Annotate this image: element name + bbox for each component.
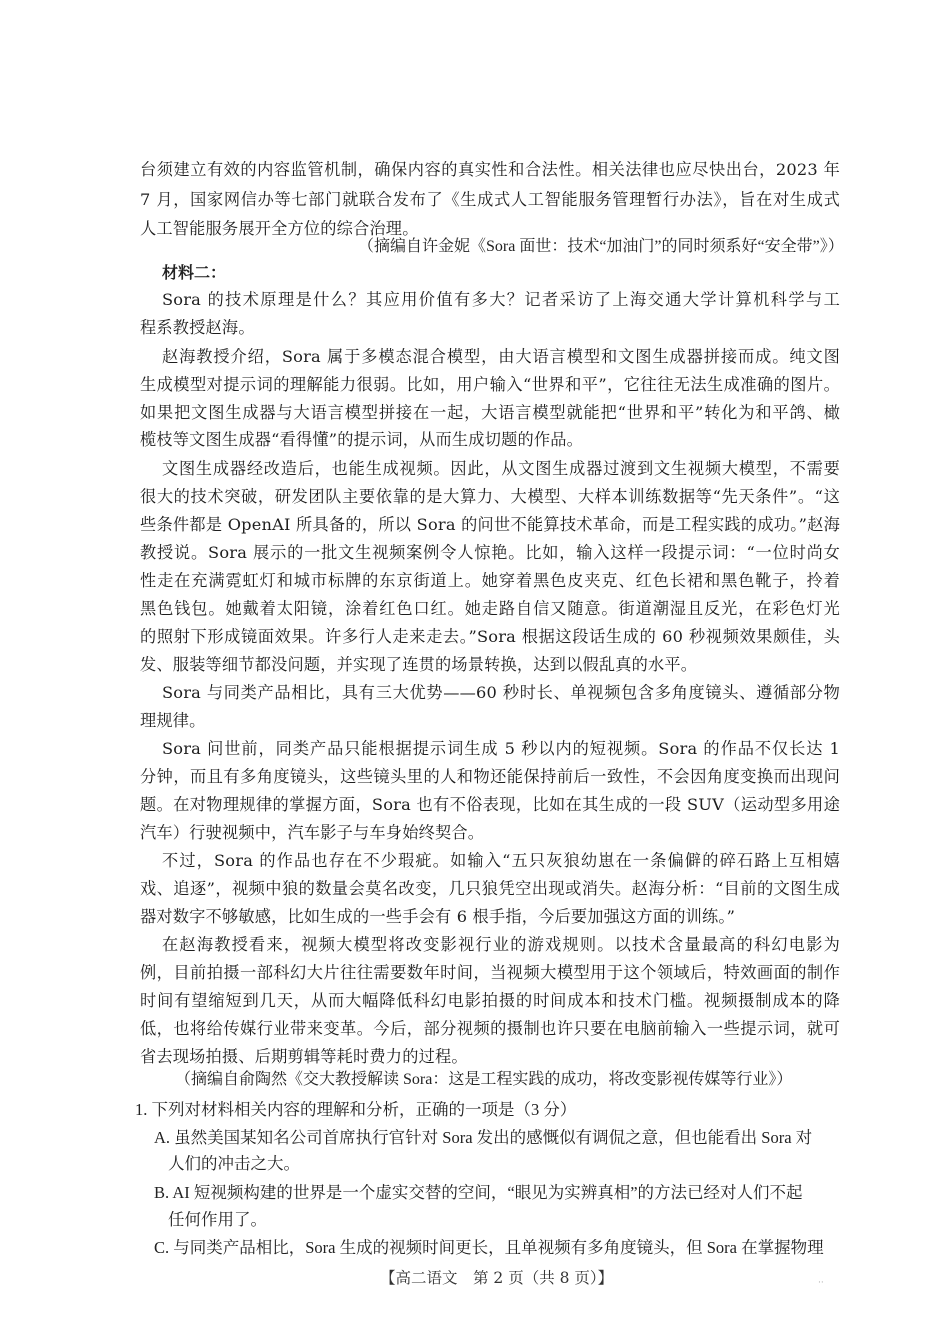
material1-line: 人工智能服务展开全方位的综合治理。	[140, 219, 840, 239]
paragraph-line: 器对数字不够敏感，比如生成的一些手会有 6 根手指，今后要加强这方面的训练。”	[140, 907, 840, 927]
page-footer: 【高二语文 第 2 页（共 8 页）】	[380, 1268, 613, 1288]
option-c-line: C. 与同类产品相比，Sora 生成的视频时间更长，且单视频有多角度镜头，但 S…	[154, 1238, 824, 1258]
paragraph-line: 省去现场拍摄、后期剪辑等耗时费力的过程。	[140, 1047, 840, 1067]
paragraph-line: 教授说。Sora 展示的一批文生视频案例令人惊艳。比如，输入这样一段提示词：“一…	[140, 543, 840, 563]
paragraph-line: 时间有望缩短到几天，从而大幅降低科幻电影拍摄的时间成本和技术门槛。视频摄制成本的…	[140, 991, 840, 1011]
paragraph-line: 生成模型对提示词的理解能力很弱。比如，用户输入“世界和平”，它往往无法生成准确的…	[140, 375, 840, 395]
option-b-line: 任何作用了。	[168, 1210, 267, 1230]
paragraph-line: 汽车）行驶视频中，汽车影子与车身始终契合。	[140, 823, 840, 843]
material1-source: （摘编自许金妮《Sora 面世：技术“加油门”的同时须系好“安全带”》）	[358, 237, 844, 257]
option-a-line: 人们的冲击之大。	[168, 1154, 300, 1174]
material1-line: 台须建立有效的内容监管机制，确保内容的真实性和合法性。相关法律也应尽快出台，20…	[140, 160, 840, 180]
paragraph-line: 不过，Sora 的作品也存在不少瑕疵。如输入“五只灰狼幼崽在一条偏僻的碎石路上互…	[162, 851, 840, 871]
paragraph-line: 程系教授赵海。	[140, 318, 840, 338]
question-stem: 1. 下列对材料相关内容的理解和分析，正确的一项是（3 分）	[135, 1100, 576, 1120]
scan-mark: ··	[818, 1278, 824, 1288]
paragraph-line: 题。在对物理规律的掌握方面，Sora 也有不俗表现，比如在其生成的一段 SUV（…	[140, 795, 840, 815]
paragraph-line: 赵海教授介绍，Sora 属于多模态混合模型，由大语言模型和文图生成器拼接而成。纯…	[162, 347, 840, 367]
paragraph-line: Sora 问世前，同类产品只能根据提示词生成 5 秒以内的短视频。Sora 的作…	[162, 739, 840, 759]
paragraph-line: 很大的技术突破，研发团队主要依靠的是大算力、大模型、大样本训练数据等“先天条件”…	[140, 487, 840, 507]
paragraph-line: Sora 与同类产品相比，具有三大优势——60 秒时长、单视频包含多角度镜头、遵…	[162, 683, 840, 703]
paragraph-line: 分钟，而且有多角度镜头，这些镜头里的人和物还能保持前后一致性，不会因角度变换而出…	[140, 767, 840, 787]
paragraph-line: 的照射下形成镜面效果。许多行人走来走去。”Sora 根据这段话生成的 60 秒视…	[140, 627, 840, 647]
paragraph-line: 榄枝等文图生成器“看得懂”的提示词，从而生成切题的作品。	[140, 430, 840, 450]
option-b-line: B. AI 短视频构建的世界是一个虚实交替的空间，“眼见为实辨真相”的方法已经对…	[154, 1183, 803, 1203]
material2-heading: 材料二：	[162, 263, 226, 283]
paragraph-line: 如果把文图生成器与大语言模型拼接在一起，大语言模型就能把“世界和平”转化为和平鸽…	[140, 403, 840, 423]
paragraph-line: 在赵海教授看来，视频大模型将改变影视行业的游戏规则。以技术含量最高的科幻电影为	[162, 935, 840, 955]
paragraph-line: Sora 的技术原理是什么？其应用价值有多大？记者采访了上海交通大学计算机科学与…	[162, 290, 840, 310]
paragraph-line: 例，目前拍摄一部科幻大片往往需要数年时间，当视频大模型用于这个领域后，特效画面的…	[140, 963, 840, 983]
paragraph-line: 性走在充满霓虹灯和城市标牌的东京街道上。她穿着黑色皮夹克、红色长裙和黑色靴子，拎…	[140, 571, 840, 591]
material2-source: （摘编自俞陶然《交大教授解读 Sora：这是工程实践的成功，将改变影视传媒等行业…	[175, 1070, 792, 1090]
paragraph-line: 低，也将给传媒行业带来变革。今后，部分视频的摄制也许只要在电脑前输入一些提示词，…	[140, 1019, 840, 1039]
paragraph-line: 些条件都是 OpenAI 所具备的，所以 Sora 的问世不能算技术革命，而是工…	[140, 515, 840, 535]
paragraph-line: 发、服装等细节都没问题，并实现了连贯的场景转换，达到以假乱真的水平。	[140, 655, 840, 675]
material1-line: 7 月，国家网信办等七部门就联合发布了《生成式人工智能服务管理暂行办法》，旨在对…	[140, 190, 840, 210]
exam-page: 台须建立有效的内容监管机制，确保内容的真实性和合法性。相关法律也应尽快出台，20…	[0, 0, 950, 1343]
paragraph-line: 文图生成器经改造后，也能生成视频。因此，从文图生成器过渡到文生视频大模型，不需要	[162, 459, 840, 479]
paragraph-line: 黑色钱包。她戴着太阳镜，涂着红色口红。她走路自信又随意。街道潮湿且反光，在彩色灯…	[140, 599, 840, 619]
paragraph-line: 理规律。	[140, 711, 840, 731]
option-a-line: A. 虽然美国某知名公司首席执行官针对 Sora 发出的感慨似有调侃之意，但也能…	[154, 1128, 812, 1148]
paragraph-line: 戏、追逐”，视频中狼的数量会莫名改变，几只狼凭空出现或消失。赵海分析：“目前的文…	[140, 879, 840, 899]
